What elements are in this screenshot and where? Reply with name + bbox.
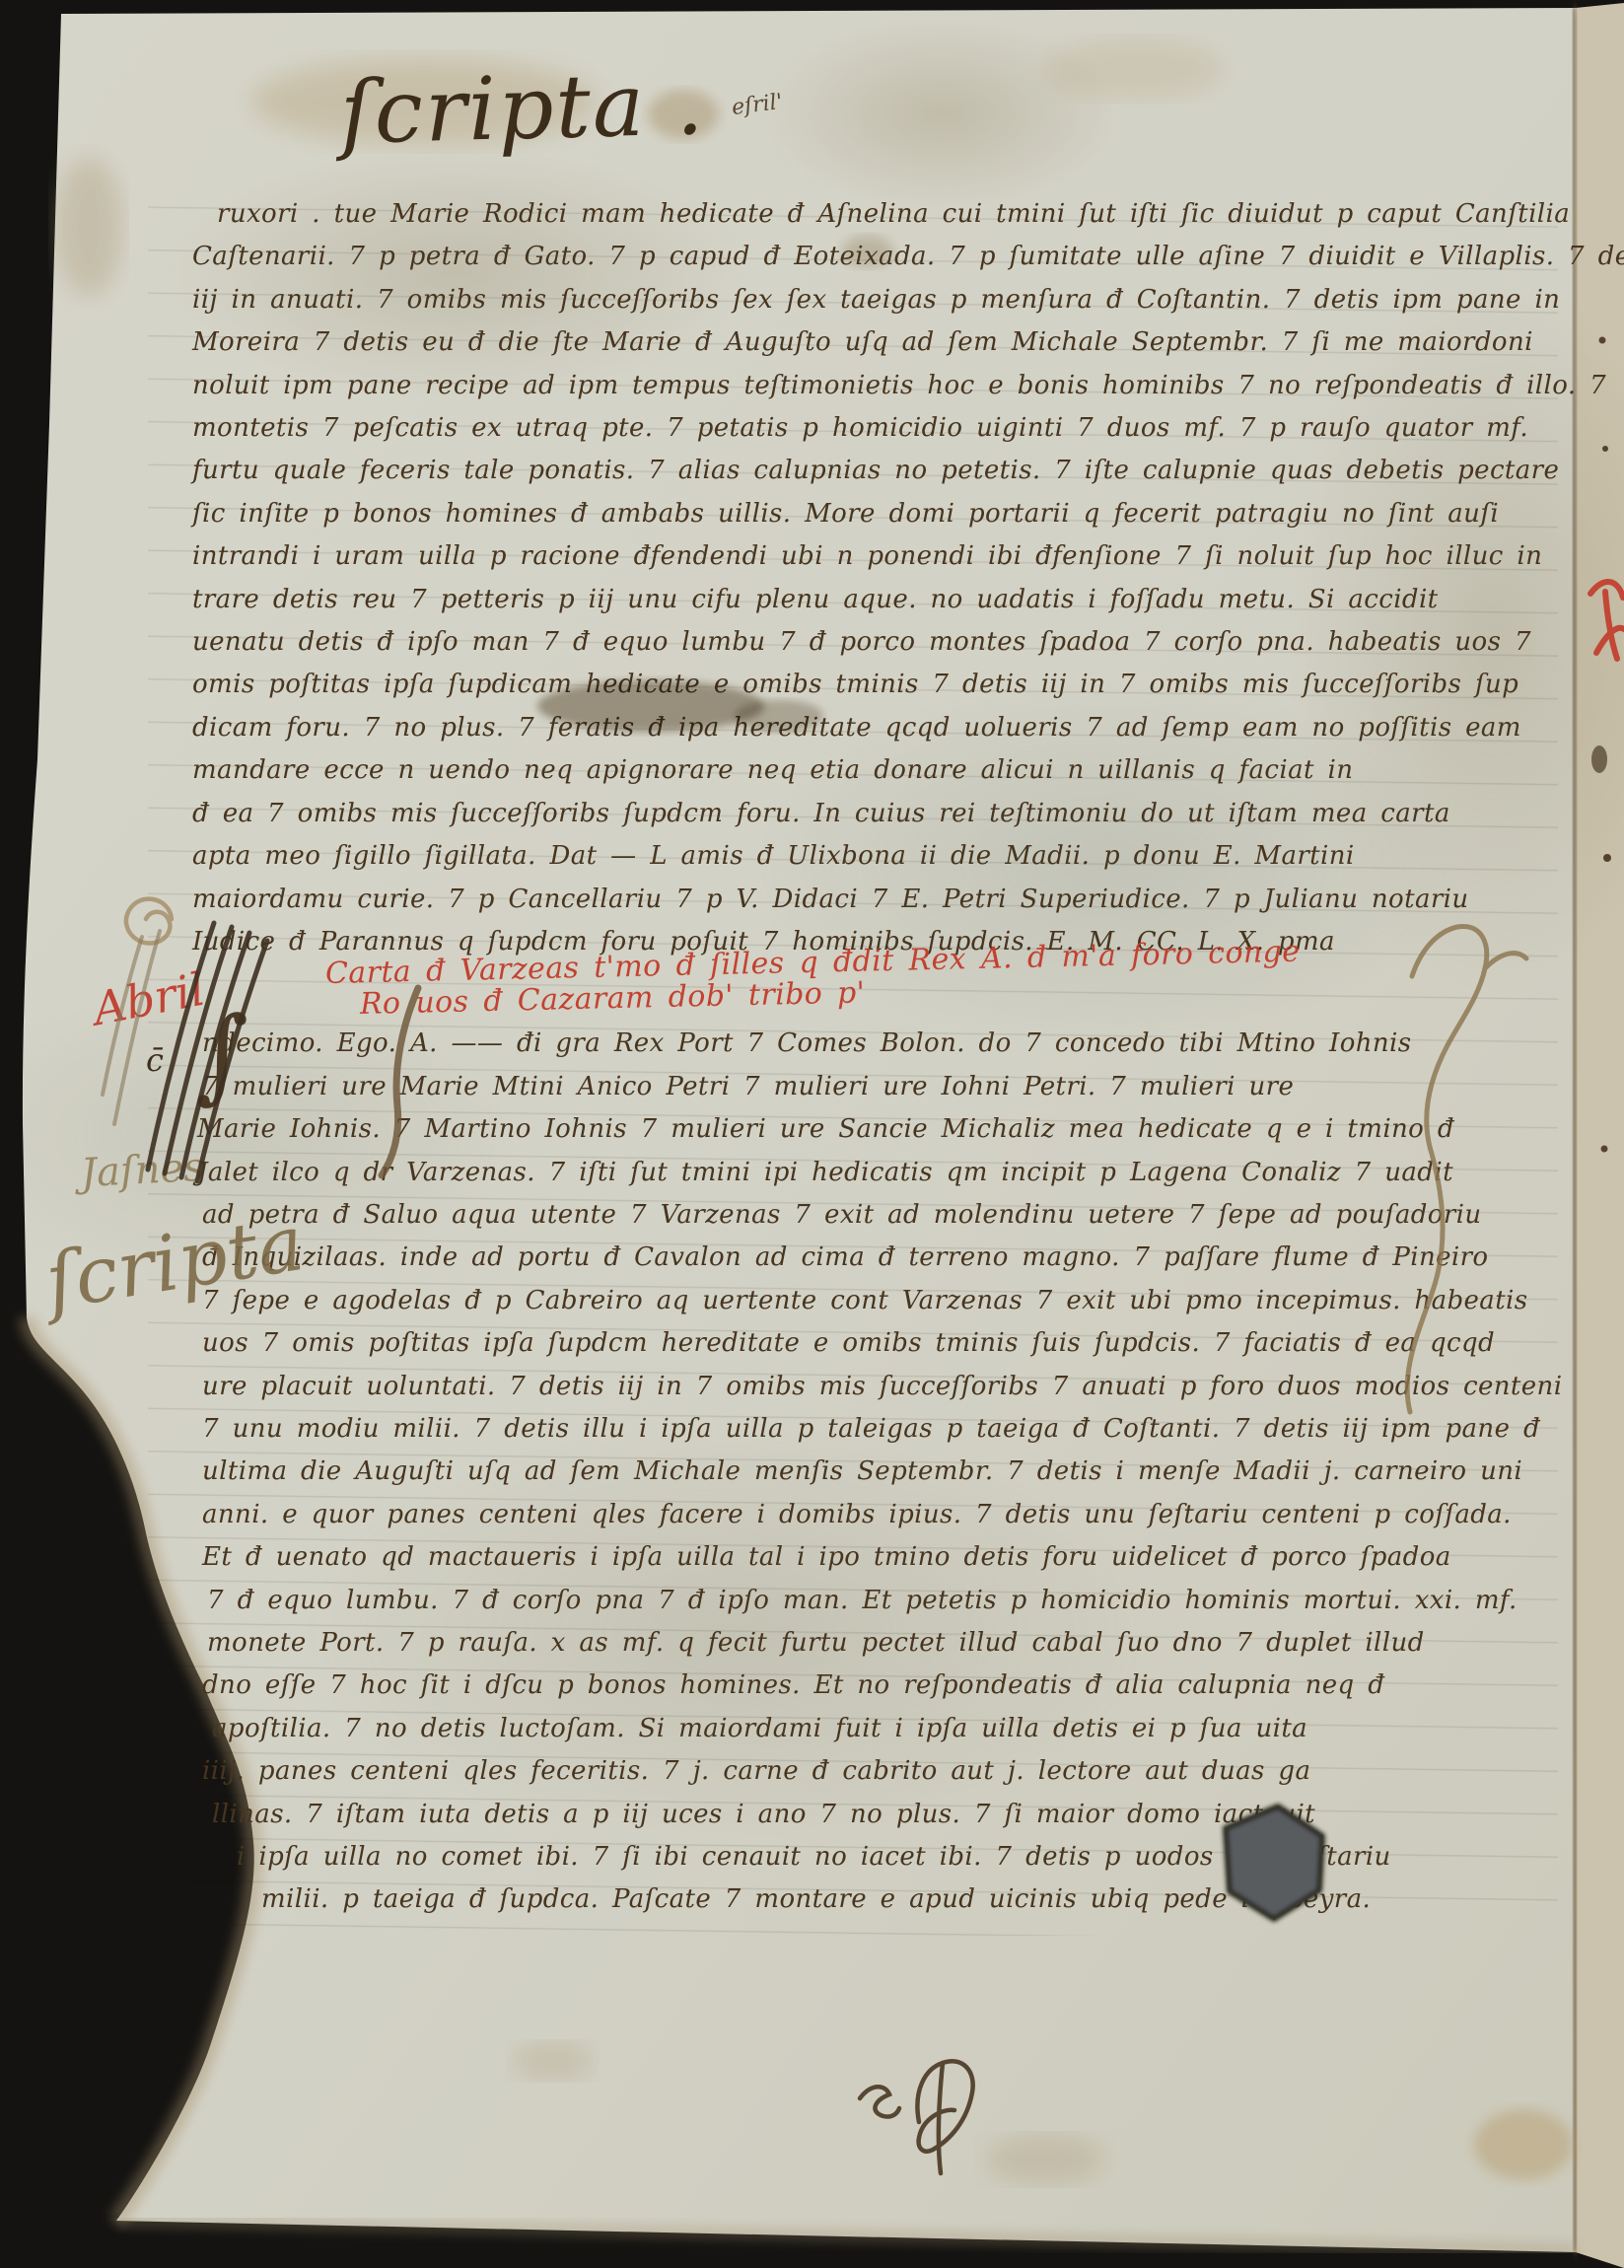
pen-descender (382, 988, 418, 1175)
spiral-mark-icon (126, 899, 172, 944)
ink-smudge (735, 700, 823, 732)
strike-marks-faint (103, 931, 160, 1124)
parchment-hole (1226, 1807, 1322, 1919)
pen-flourish (1407, 926, 1526, 1412)
bottom-quire-mark (860, 2061, 973, 2173)
strike-marks (148, 923, 267, 1181)
next-folio-mark (1591, 745, 1607, 773)
next-folio-red-fragment (1590, 582, 1624, 659)
overlay-marks (0, 0, 1624, 2268)
ink-smudge (537, 680, 764, 732)
manuscript-photo: ſcripta . eſril' ruxori . tue Marie Rodi… (0, 0, 1624, 2268)
